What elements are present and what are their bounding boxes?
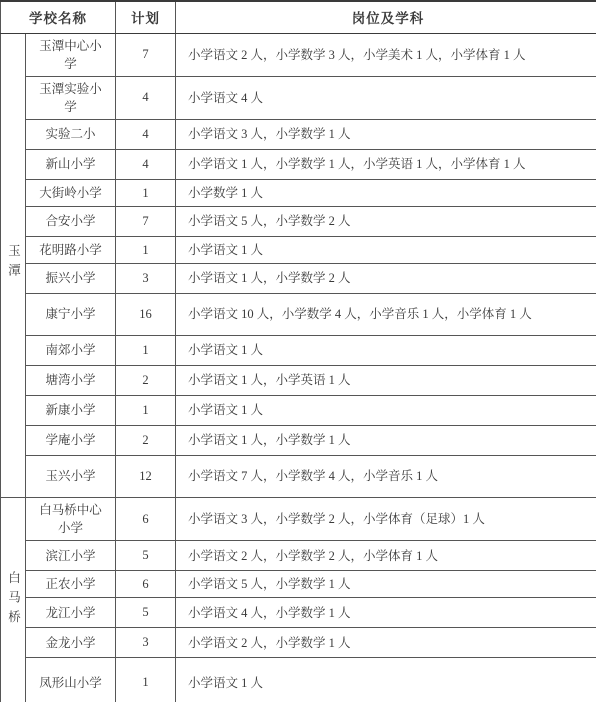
table-row: 凤形山小学 1 小学语文 1 人 [1,658,596,702]
school-name-cell: 滨江小学 [26,541,116,571]
group-label: 玉潭 [2,244,25,283]
plan-cell: 1 [116,396,176,426]
school-name-cell: 金龙小学 [26,628,116,658]
plan-cell: 3 [116,264,176,294]
positions-cell: 小学语文 2 人，小学数学 1 人 [176,628,596,658]
table-row: 实验二小 4 小学语文 3 人，小学数学 1 人 [1,120,596,150]
table-row: 振兴小学 3 小学语文 1 人，小学数学 2 人 [1,264,596,294]
table-row: 金龙小学 3 小学语文 2 人，小学数学 1 人 [1,628,596,658]
school-name-cell: 正农小学 [26,571,116,598]
positions-cell: 小学语文 1 人 [176,658,596,702]
school-name-cell: 新康小学 [26,396,116,426]
school-name-cell: 大街岭小学 [26,180,116,207]
school-name-cell: 南郊小学 [26,336,116,366]
group-label: 白马桥 [2,571,25,630]
school-name-cell: 花明路小学 [26,237,116,264]
plan-cell: 7 [116,33,176,76]
table-row: 康宁小学 16 小学语文 10 人，小学数学 4 人，小学音乐 1 人，小学体育… [1,294,596,336]
positions-cell: 小学语文 5 人，小学数学 2 人 [176,207,596,237]
plan-cell: 1 [116,237,176,264]
table-row: 新康小学 1 小学语文 1 人 [1,396,596,426]
header-school-name: 学校名称 [1,1,116,33]
positions-cell: 小学语文 1 人，小学英语 1 人 [176,366,596,396]
positions-cell: 小学语文 1 人，小学数学 1 人 [176,426,596,456]
plan-cell: 12 [116,456,176,498]
positions-cell: 小学语文 4 人，小学数学 1 人 [176,598,596,628]
plan-cell: 3 [116,628,176,658]
table-row: 合安小学 7 小学语文 5 人，小学数学 2 人 [1,207,596,237]
plan-cell: 1 [116,658,176,702]
positions-cell: 小学语文 2 人，小学数学 3 人，小学美术 1 人，小学体育 1 人 [176,33,596,76]
table-row: 南郊小学 1 小学语文 1 人 [1,336,596,366]
group-cell: 白马桥 [1,498,26,702]
positions-cell: 小学语文 1 人 [176,396,596,426]
positions-cell: 小学语文 3 人，小学数学 2 人，小学体育（足球）1 人 [176,498,596,541]
school-name-cell: 玉潭中心小学 [26,33,116,76]
plan-cell: 16 [116,294,176,336]
positions-cell: 小学语文 1 人 [176,336,596,366]
school-name-cell: 凤形山小学 [26,658,116,702]
table-row: 玉潭实验小学 4 小学语文 4 人 [1,76,596,119]
school-name-cell: 龙江小学 [26,598,116,628]
table-row: 新山小学 4 小学语文 1 人，小学数学 1 人，小学英语 1 人，小学体育 1… [1,150,596,180]
positions-cell: 小学语文 4 人 [176,76,596,119]
positions-cell: 小学数学 1 人 [176,180,596,207]
header-plan: 计划 [116,1,176,33]
plan-cell: 4 [116,120,176,150]
school-name-cell: 康宁小学 [26,294,116,336]
school-name-cell: 塘湾小学 [26,366,116,396]
plan-cell: 6 [116,498,176,541]
header-positions: 岗位及学科 [176,1,596,33]
plan-cell: 1 [116,336,176,366]
plan-cell: 4 [116,150,176,180]
recruitment-plan-table: 学校名称 计划 岗位及学科 玉潭 玉潭中心小学 7 小学语文 2 人，小学数学 … [0,0,596,702]
plan-cell: 4 [116,76,176,119]
positions-cell: 小学语文 1 人 [176,237,596,264]
plan-cell: 2 [116,426,176,456]
school-name-cell: 合安小学 [26,207,116,237]
table-row: 龙江小学 5 小学语文 4 人，小学数学 1 人 [1,598,596,628]
table-row: 正农小学 6 小学语文 5 人，小学数学 1 人 [1,571,596,598]
plan-cell: 5 [116,598,176,628]
table-row: 玉潭 玉潭中心小学 7 小学语文 2 人，小学数学 3 人，小学美术 1 人，小… [1,33,596,76]
school-name-cell: 学庵小学 [26,426,116,456]
plan-cell: 6 [116,571,176,598]
table-row: 花明路小学 1 小学语文 1 人 [1,237,596,264]
table-row: 塘湾小学 2 小学语文 1 人，小学英语 1 人 [1,366,596,396]
plan-cell: 5 [116,541,176,571]
table-header-row: 学校名称 计划 岗位及学科 [1,1,596,33]
table-row: 学庵小学 2 小学语文 1 人，小学数学 1 人 [1,426,596,456]
positions-cell: 小学语文 2 人，小学数学 2 人，小学体育 1 人 [176,541,596,571]
positions-cell: 小学语文 10 人，小学数学 4 人，小学音乐 1 人，小学体育 1 人 [176,294,596,336]
school-name-cell: 玉潭实验小学 [26,76,116,119]
positions-cell: 小学语文 5 人，小学数学 1 人 [176,571,596,598]
school-name-cell: 实验二小 [26,120,116,150]
table-row: 玉兴小学 12 小学语文 7 人，小学数学 4 人，小学音乐 1 人 [1,456,596,498]
table-row: 大街岭小学 1 小学数学 1 人 [1,180,596,207]
positions-cell: 小学语文 3 人，小学数学 1 人 [176,120,596,150]
school-name-cell: 玉兴小学 [26,456,116,498]
plan-cell: 2 [116,366,176,396]
table-row: 滨江小学 5 小学语文 2 人，小学数学 2 人，小学体育 1 人 [1,541,596,571]
positions-cell: 小学语文 1 人，小学数学 2 人 [176,264,596,294]
plan-cell: 7 [116,207,176,237]
school-name-cell: 白马桥中心小学 [26,498,116,541]
table-row: 白马桥 白马桥中心小学 6 小学语文 3 人，小学数学 2 人，小学体育（足球）… [1,498,596,541]
plan-cell: 1 [116,180,176,207]
positions-cell: 小学语文 1 人，小学数学 1 人，小学英语 1 人，小学体育 1 人 [176,150,596,180]
positions-cell: 小学语文 7 人，小学数学 4 人，小学音乐 1 人 [176,456,596,498]
document-page: 学校名称 计划 岗位及学科 玉潭 玉潭中心小学 7 小学语文 2 人，小学数学 … [0,0,596,702]
group-cell: 玉潭 [1,33,26,498]
school-name-cell: 新山小学 [26,150,116,180]
school-name-cell: 振兴小学 [26,264,116,294]
